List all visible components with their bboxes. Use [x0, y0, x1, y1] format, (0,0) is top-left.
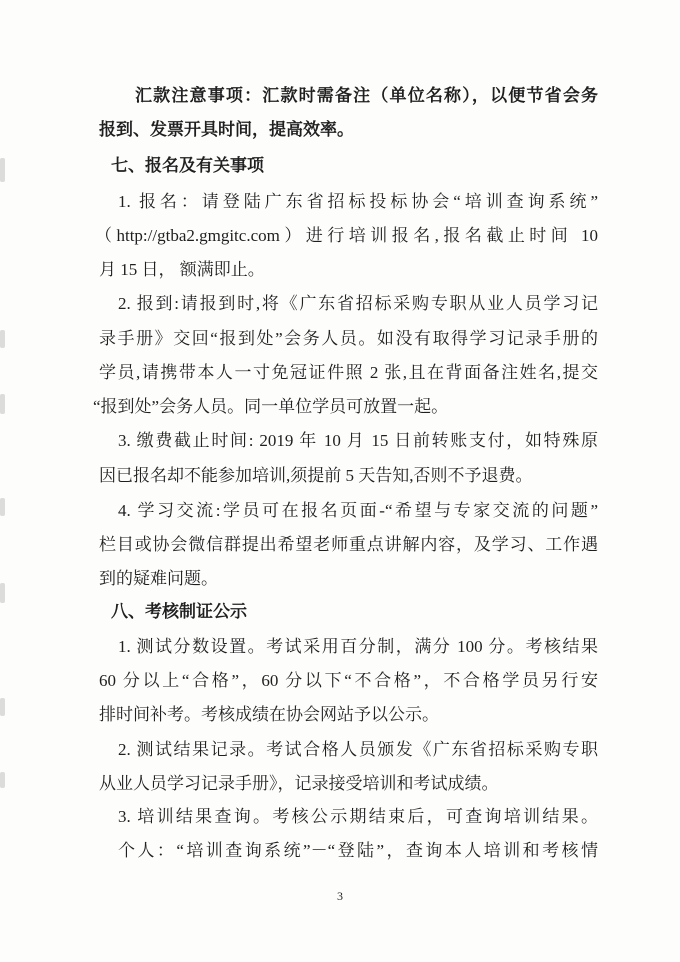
- section-heading-8: 八、考核制证公示: [111, 601, 247, 622]
- doc-line: 录手册》交回“报到处”会务人员。如没有取得学习记录手册的: [99, 328, 598, 350]
- doc-line: 学员,请携带本人一寸免冠证件照 2 张,且在背面备注姓名,提交: [99, 362, 598, 384]
- doc-line: 因已报名却不能参加培训,须提前 5 天告知,否则不予退费。: [99, 465, 533, 486]
- page-number: 3: [0, 889, 680, 904]
- doc-line: 到的疑难问题。: [99, 568, 218, 589]
- doc-line: 3. 缴费截止时间: 2019 年 10 月 15 日前转账支付，如特殊原: [118, 430, 598, 452]
- doc-line: 1. 测试分数设置。考试采用百分制，满分 100 分。考核结果: [118, 636, 598, 658]
- scan-edge-artifact: [0, 498, 5, 516]
- scan-edge-artifact: [0, 394, 5, 414]
- scanned-document-page: 汇款注意事项：汇款时需备注（单位名称），以便节省会务 报到、发票开具时间，提高效…: [0, 0, 680, 962]
- doc-line: 4. 学习交流:学员可在报名页面-“希望与专家交流的问题”: [118, 500, 598, 522]
- scan-edge-artifact: [0, 583, 5, 603]
- remittance-note-line: 汇款注意事项：汇款时需备注（单位名称），以便节省会务: [135, 85, 598, 107]
- remittance-note-line: 报到、发票开具时间，提高效率。: [99, 119, 354, 140]
- doc-line: “报到处”会务人员。同一单位学员可放置一起。: [93, 396, 448, 417]
- scan-edge-artifact: [0, 330, 5, 348]
- doc-line: 3. 培训结果查询。考核公示期结束后，可查询培训结果。: [118, 806, 598, 828]
- doc-line: 个人：“培训查询系统”－“登陆”，查询本人培训和考核情: [118, 840, 598, 862]
- doc-line: 排时间补考。考核成绩在协会网站予以公示。: [99, 704, 439, 725]
- scan-edge-artifact: [0, 158, 5, 182]
- doc-line: 栏目或协会微信群提出希望老师重点讲解内容，及学习、工作遇: [99, 534, 598, 556]
- doc-line: 1. 报名：请登陆广东省招标投标协会“培训查询系统”: [118, 191, 598, 213]
- scan-edge-artifact: [0, 772, 5, 788]
- doc-line: （http://gtba2.gmgitc.com）进行培训报名,报名截止时间 1…: [95, 225, 598, 247]
- doc-line: 2. 测试结果记录。考试合格人员颁发《广东省招标采购专职: [118, 739, 598, 761]
- scan-edge-artifact: [0, 698, 5, 716]
- doc-line: 月 15 日， 额满即止。: [99, 259, 265, 280]
- section-heading-7: 七、报名及有关事项: [111, 155, 264, 176]
- doc-line: 从业人员学习记录手册》，记录接受培训和考试成绩。: [99, 773, 499, 794]
- doc-line: 60 分以上“合格”，60 分以下“不合格”，不合格学员另行安: [99, 670, 598, 692]
- doc-line: 2. 报到:请报到时,将《广东省招标采购专职从业人员学习记: [118, 293, 598, 315]
